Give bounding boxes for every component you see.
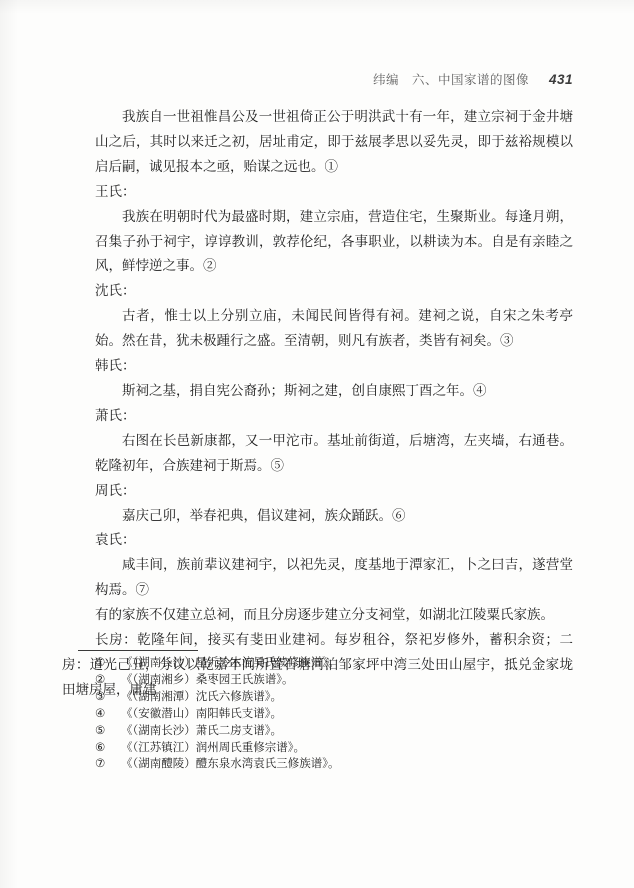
footnote-number: ② [95,672,121,689]
footnote-item: ⑥《（江苏镇江）润州周氏重修宗谱》。 [95,740,555,757]
footnote-text: 《（江苏镇江）润州周氏重修宗谱》。 [121,742,305,754]
quote-paragraph: 我族自一世祖惟昌公及一世祖倚正公于明洪武十有一年，建立宗祠于金井塘山之后，其时以… [95,105,573,180]
footnotes: ①《（湖南长沙）星沂冷木流吴氏续修族谱》。 ②《（湖南湘乡）桑枣园王氏族谱》。 … [95,655,555,773]
quote-paragraph: 我族在明朝时代为最盛时期，建立宗庙，营造住宅，生聚斯业。每逢月朔，召集子孙于祠宇… [95,205,573,280]
footnote-item: ③《（湖南湘潭）沈氏六修族谱》。 [95,689,555,706]
quote-paragraph: 咸丰间，族前辈议建祠宇，以祀先灵，度基地于潭家汇，卜之曰吉，遂营堂构焉。⑦ [95,553,573,603]
surname-label-han: 韩氏： [62,354,573,379]
surname-label-zhou: 周氏： [62,479,573,504]
footnote-number: ③ [95,689,121,706]
footnote-text: 《（湖南长沙）星沂冷木流吴氏续修族谱》。 [121,657,340,669]
quote-paragraph: 古者，惟士以上分别立庙，未闻民间皆得有祠。建祠之说，自宋之朱考亭始。然在昔，犹未… [95,304,573,354]
surname-label-yuan: 袁氏： [62,528,573,553]
quote-paragraph: 嘉庆己卯，举春祀典，倡议建祠，族众踊跃。⑥ [95,504,573,529]
body-paragraph: 有的家族不仅建立总祠，而且分房逐步建立分支祠堂，如湖北江陵粟氏家族。 [62,603,573,628]
footnote-item: ④《（安徽潜山）南阳韩氏支谱》。 [95,706,555,723]
footnote-number: ① [95,655,121,672]
footnote-item: ①《（湖南长沙）星沂冷木流吴氏续修族谱》。 [95,655,555,672]
footnote-text: 《（湖南湘潭）沈氏六修族谱》。 [121,691,282,703]
footnote-number: ⑥ [95,740,121,757]
footnote-item: ⑦《（湖南醴陵）醴东泉水湾袁氏三修族谱》。 [95,756,555,773]
footnote-text: 《（湖南醴陵）醴东泉水湾袁氏三修族谱》。 [121,758,340,770]
quote-paragraph: 右图在长邑新康都，又一甲沱市。基址前街道，后塘湾，左夹墙，右通巷。乾隆初年，合族… [95,429,573,479]
footnote-text: 《（安徽潜山）南阳韩氏支谱》。 [121,708,282,720]
surname-label-shen: 沈氏： [62,279,573,304]
book-page: 纬编 六、中国家谱的图像 431 我族自一世祖惟昌公及一世祖倚正公于明洪武十有一… [0,0,634,888]
footnote-text: 《（湖南长沙）萧氏二房支谱》。 [121,725,282,737]
quote-paragraph: 斯祠之基，捐自宪公裔孙；斯祠之建，创自康熙丁酉之年。④ [95,379,573,404]
footnote-text: 《（湖南湘乡）桑枣园王氏族谱》。 [121,674,294,686]
footnote-number: ⑤ [95,723,121,740]
footnote-item: ②《（湖南湘乡）桑枣园王氏族谱》。 [95,672,555,689]
page-number: 431 [549,72,573,87]
footnote-item: ⑤《（湖南长沙）萧氏二房支谱》。 [95,723,555,740]
running-title: 纬编 六、中国家谱的图像 [373,73,529,87]
footnote-number: ④ [95,706,121,723]
surname-label-wang: 王氏： [62,180,573,205]
surname-label-xiao: 萧氏： [62,404,573,429]
footnote-separator [78,650,198,651]
running-header: 纬编 六、中国家谱的图像 431 [373,70,573,88]
body-text: 我族自一世祖惟昌公及一世祖倚正公于明洪武十有一年，建立宗祠于金井塘山之后，其时以… [62,105,573,703]
footnote-number: ⑦ [95,756,121,773]
